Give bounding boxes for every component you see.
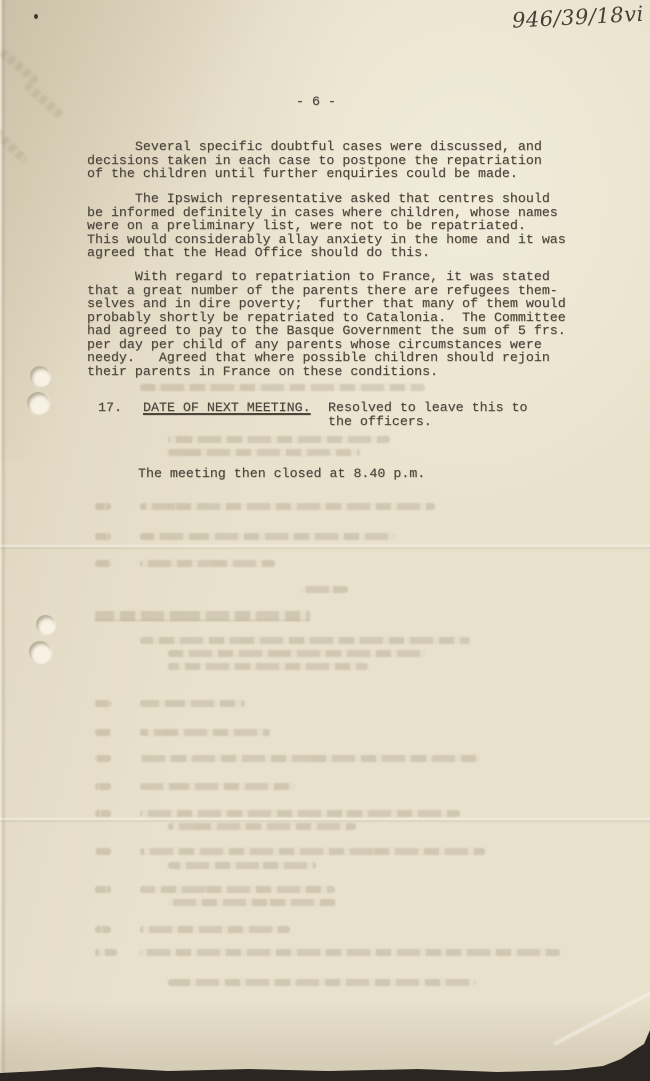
bleed-through-line bbox=[140, 700, 245, 707]
pencil-mark bbox=[0, 128, 29, 164]
paragraph: With regard to repatriation to France, i… bbox=[87, 270, 566, 378]
bleed-through-line bbox=[140, 637, 470, 644]
bleed-through-line bbox=[95, 533, 111, 540]
bleed-through-line bbox=[95, 848, 111, 855]
bleed-through-line bbox=[95, 560, 111, 567]
bleed-through-line bbox=[95, 926, 111, 933]
bleed-through-line bbox=[95, 503, 111, 510]
bleed-through-line bbox=[140, 848, 485, 855]
bleed-through-line bbox=[95, 611, 310, 621]
bleed-through-line bbox=[140, 729, 270, 736]
catalog-reference-handwriting: 946/39/18vi bbox=[511, 1, 650, 32]
bleed-through-line bbox=[168, 979, 476, 986]
horizontal-crease bbox=[0, 545, 650, 549]
bleed-through-line bbox=[168, 449, 360, 456]
ink-speck bbox=[34, 14, 38, 19]
bleed-through-line bbox=[140, 384, 425, 391]
bleed-through-line bbox=[168, 663, 368, 670]
closing-line: The meeting then closed at 8.40 p.m. bbox=[138, 467, 425, 481]
document-page: 946/39/18vi - 6 - Several specific doubt… bbox=[0, 0, 650, 1081]
bleed-through-line bbox=[95, 949, 117, 956]
bleed-through-line bbox=[95, 755, 111, 762]
punch-hole bbox=[29, 641, 51, 663]
pencil-mark bbox=[23, 81, 65, 120]
bleed-through-line bbox=[168, 899, 336, 906]
bleed-through-line bbox=[300, 586, 348, 593]
corner-fold-crease bbox=[554, 968, 650, 1046]
bleed-through-line bbox=[140, 503, 435, 510]
paragraph: The Ipswich representative asked that ce… bbox=[87, 192, 566, 260]
horizontal-crease bbox=[0, 818, 650, 822]
agenda-item-resolution: Resolved to leave this to the officers. bbox=[328, 401, 528, 428]
page-number: - 6 - bbox=[296, 95, 336, 109]
bleed-through-line bbox=[95, 700, 111, 707]
agenda-item-heading: DATE OF NEXT MEETING. bbox=[143, 401, 311, 415]
bleed-through-line bbox=[140, 949, 560, 956]
agenda-item-number: 17. bbox=[98, 401, 122, 415]
bleed-through-line bbox=[95, 810, 111, 817]
bleed-through-line bbox=[168, 862, 316, 869]
bleed-through-line bbox=[95, 729, 111, 736]
paragraph: Several specific doubtful cases were dis… bbox=[87, 140, 542, 181]
page-bottom-shadow bbox=[0, 1000, 650, 1075]
page-left-edge bbox=[0, 0, 6, 1081]
bleed-through-line bbox=[168, 650, 426, 657]
bleed-through-line bbox=[95, 886, 111, 893]
bleed-through-line bbox=[140, 755, 480, 762]
bleed-through-line bbox=[95, 783, 111, 790]
bleed-through-line bbox=[140, 560, 275, 567]
bleed-through-line bbox=[168, 823, 356, 830]
punch-hole bbox=[30, 366, 50, 386]
bleed-through-line bbox=[140, 783, 295, 790]
bleed-through-line bbox=[140, 926, 290, 933]
pencil-mark bbox=[0, 48, 40, 84]
bleed-through-line bbox=[140, 533, 395, 540]
bleed-through-line bbox=[140, 810, 460, 817]
punch-hole bbox=[36, 615, 55, 634]
bleed-through-line bbox=[168, 436, 390, 443]
bleed-through-line bbox=[140, 886, 335, 893]
punch-hole bbox=[27, 392, 49, 414]
